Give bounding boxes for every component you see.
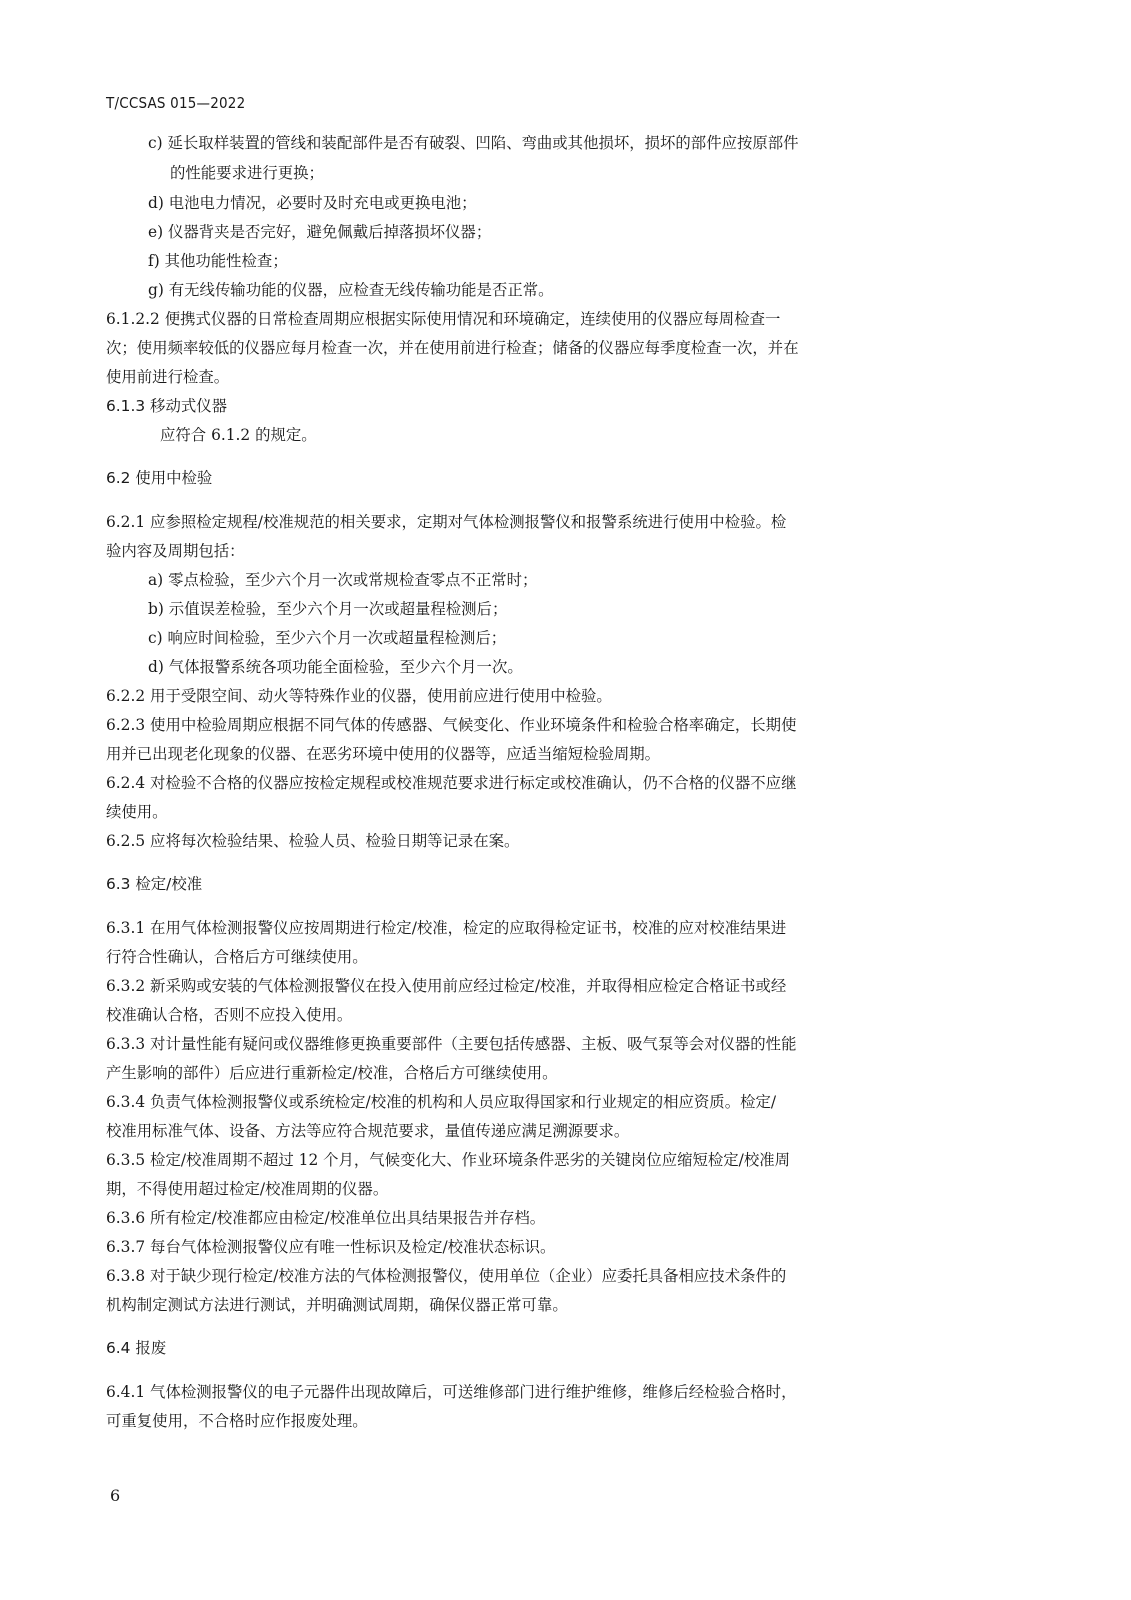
text-line: d) 气体报警系统各项功能全面检验，至少六个月一次。	[148, 657, 523, 677]
text-line: 6.2.4 对检验不合格的仪器应按检定规程或校准规范要求进行标定或校准确认，仍不…	[106, 773, 796, 793]
section-heading: 6.2 使用中检验	[106, 468, 212, 488]
text-line: 可重复使用，不合格时应作报废处理。	[106, 1411, 368, 1431]
text-line: 6.2.5 应将每次检验结果、检验人员、检验日期等记录在案。	[106, 831, 519, 851]
text-line: 应符合 6.1.2 的规定。	[160, 425, 317, 445]
text-line: e) 仪器背夹是否完好，避免佩戴后掉落损坏仪器；	[148, 222, 491, 242]
text-line: 6.4.1 气体检测报警仪的电子元器件出现故障后，可送维修部门进行维护维修，维修…	[106, 1382, 796, 1402]
text-line: 校准确认合格，否则不应投入使用。	[106, 1005, 352, 1025]
text-line: 使用前进行检查。	[106, 367, 229, 387]
text-line: 校准用标准气体、设备、方法等应符合规范要求，量值传递应满足溯源要求。	[106, 1121, 629, 1141]
text-line: 产生影响的部件）后应进行重新检定/校准，合格后方可继续使用。	[106, 1063, 558, 1083]
section-heading: 6.3 检定/校准	[106, 874, 202, 894]
text-line: c) 延长取样装置的管线和装配部件是否有破裂、凹陷、弯曲或其他损坏，损坏的部件应…	[148, 133, 799, 153]
page-number: 6	[110, 1486, 120, 1505]
text-line: 6.3.4 负责气体检测报警仪或系统检定/校准的机构和人员应取得国家和行业规定的…	[106, 1092, 776, 1112]
text-line: 6.3.2 新采购或安装的气体检测报警仪在投入使用前应经过检定/校准，并取得相应…	[106, 976, 786, 996]
text-line: 6.2.3 使用中检验周期应根据不同气体的传感器、气候变化、作业环境条件和检验合…	[106, 715, 796, 735]
section-heading: 6.4 报废	[106, 1338, 166, 1358]
text-line: 次；使用频率较低的仪器应每月检查一次，并在使用前进行检查；储备的仪器应每季度检查…	[106, 338, 799, 358]
text-line: d) 电池电力情况，必要时及时充电或更换电池；	[148, 193, 477, 213]
text-line: g) 有无线传输功能的仪器，应检查无线传输功能是否正常。	[148, 280, 554, 300]
text-line: 6.3.7 每台气体检测报警仪应有唯一性标识及检定/校准状态标识。	[106, 1237, 555, 1257]
text-line: 6.2.2 用于受限空间、动火等特殊作业的仪器，使用前应进行使用中检验。	[106, 686, 612, 706]
text-line: 6.3.3 对计量性能有疑问或仪器维修更换重要部件（主要包括传感器、主板、吸气泵…	[106, 1034, 796, 1054]
text-line: 6.3.8 对于缺少现行检定/校准方法的气体检测报警仪，使用单位（企业）应委托具…	[106, 1266, 786, 1286]
text-line: 用并已出现老化现象的仪器、在恶劣环境中使用的仪器等，应适当缩短检验周期。	[106, 744, 660, 764]
text-line: 机构制定测试方法进行测试，并明确测试周期，确保仪器正常可靠。	[106, 1295, 568, 1315]
text-line: 6.3.6 所有检定/校准都应由检定/校准单位出具结果报告并存档。	[106, 1208, 545, 1228]
text-line: a) 零点检验，至少六个月一次或常规检查零点不正常时；	[148, 570, 537, 590]
text-line: 的性能要求进行更换；	[170, 163, 324, 183]
document-id-header: T/CCSAS 015—2022	[106, 94, 245, 112]
text-line: 6.3.5 检定/校准周期不超过 12 个月，气候变化大、作业环境条件恶劣的关键…	[106, 1150, 790, 1170]
section-heading: 6.1.3 移动式仪器	[106, 396, 227, 416]
text-line: 验内容及周期包括：	[106, 541, 245, 561]
text-line: 行符合性确认，合格后方可继续使用。	[106, 947, 368, 967]
text-line: c) 响应时间检验，至少六个月一次或超量程检测后；	[148, 628, 506, 648]
text-line: 期，不得使用超过检定/校准周期的仪器。	[106, 1179, 388, 1199]
text-line: 6.2.1 应参照检定规程/校准规范的相关要求，定期对气体检测报警仪和报警系统进…	[106, 512, 786, 532]
text-line: b) 示值误差检验，至少六个月一次或超量程检测后；	[148, 599, 507, 619]
text-line: 6.1.2.2 便携式仪器的日常检查周期应根据实际使用情况和环境确定，连续使用的…	[106, 309, 780, 329]
text-line: f) 其他功能性检查；	[148, 251, 288, 271]
text-line: 续使用。	[106, 802, 168, 822]
text-line: 6.3.1 在用气体检测报警仪应按周期进行检定/校准，检定的应取得检定证书，校准…	[106, 918, 786, 938]
